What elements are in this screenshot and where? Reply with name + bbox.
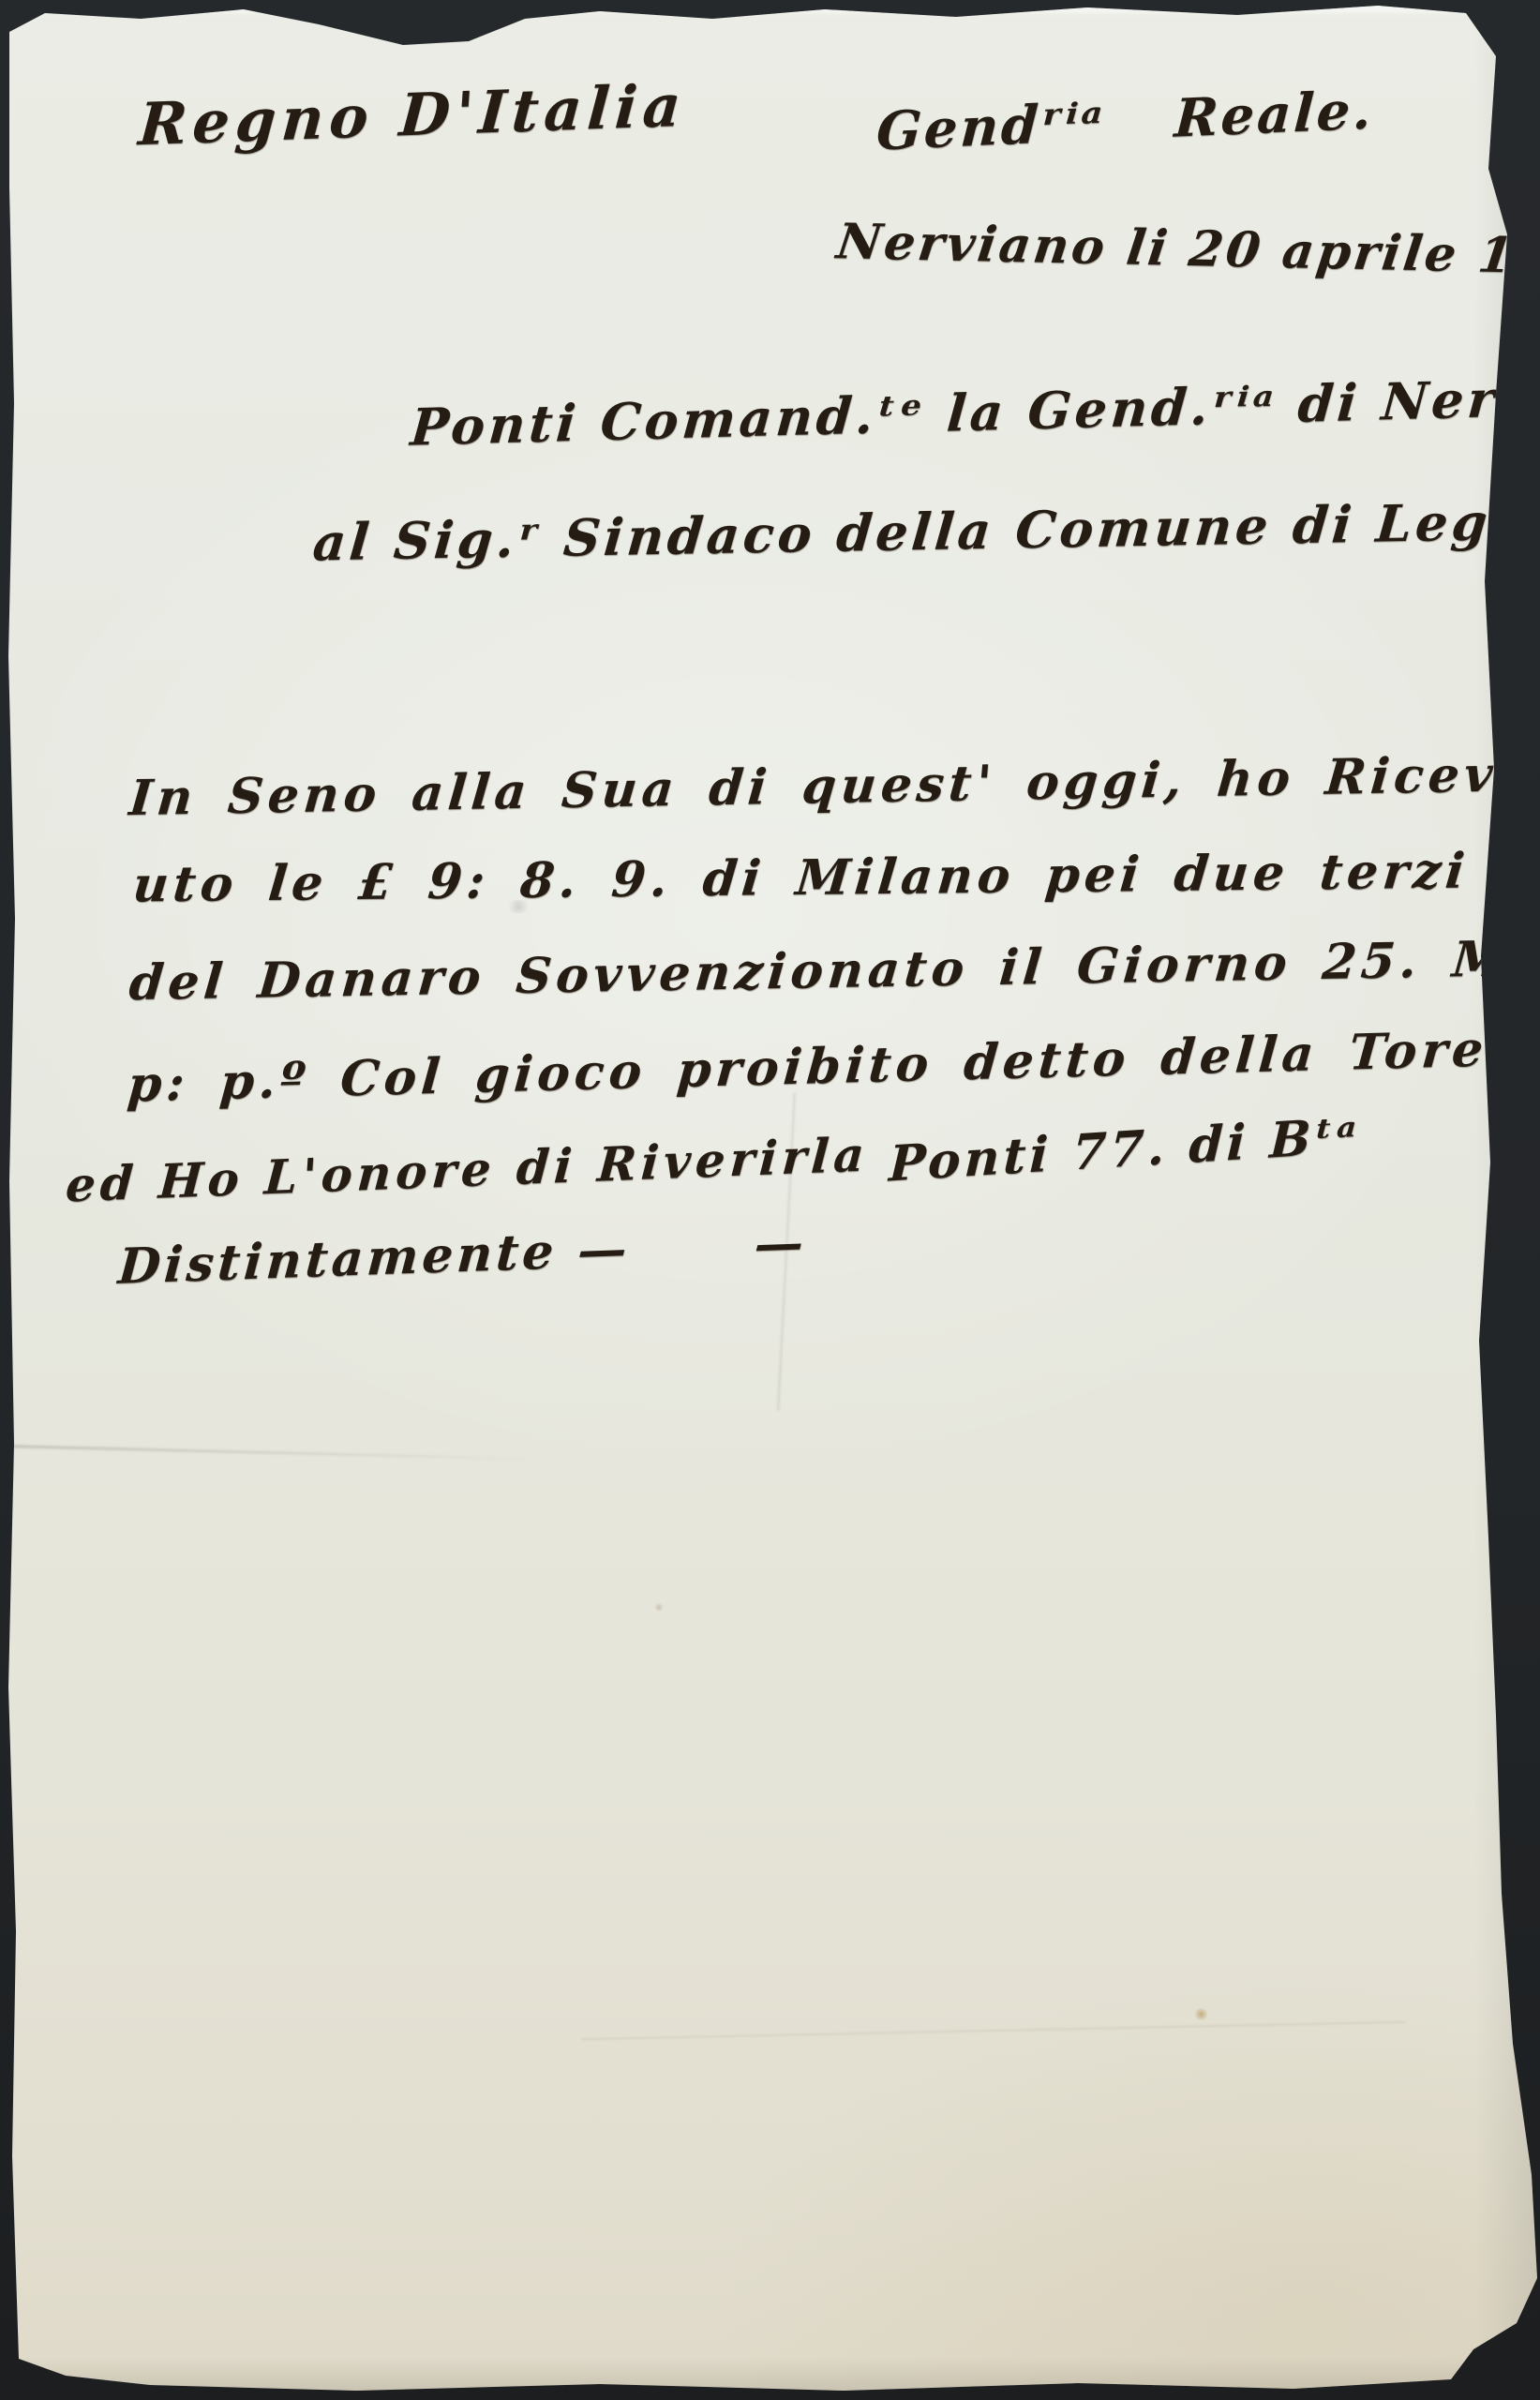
sender-recipient-line-1: Ponti Comand.ᵗᵉ la Gend.ʳⁱᵃ di Nerviano <box>409 364 1540 457</box>
closing-line: Distintamente — — <box>116 1214 809 1296</box>
paper-stain <box>1194 2008 1208 2020</box>
sender-recipient-line-2: al Sig.ʳ Sindaco della Comune di Legnano <box>310 489 1540 573</box>
body-line-5: ed Ho L'onore di Riverirla <box>64 1126 870 1212</box>
paper-edge-shadow-right <box>1474 0 1540 2400</box>
body-line-3: del Danaro Sovvenzionato il Giorno 25. M… <box>127 928 1540 1012</box>
header-gendarmeria-title: Gendʳⁱᵃ Reale. <box>875 79 1376 162</box>
paper-stain <box>654 1603 664 1612</box>
paper-crease <box>581 2021 1406 2040</box>
body-line-4: p: p.º Col gioco proibito detto della To… <box>126 1017 1540 1113</box>
document-page: Regno D'Italia Gendʳⁱᵃ Reale. Nerviano l… <box>0 0 1540 2400</box>
scan-backdrop: Regno D'Italia Gendʳⁱᵃ Reale. Nerviano l… <box>0 0 1540 2400</box>
body-line-2: uto le £ 9: 8. 9. di Milano pei due terz… <box>130 843 1472 914</box>
signature: Ponti 77. di Bᵗᵃ <box>888 1106 1361 1192</box>
paper-edge-shadow-bottom <box>0 2357 1540 2400</box>
place-and-date-line: Nerviano li 20 aprile 1810 <box>833 213 1540 286</box>
header-kingdom-title: Regno D'Italia <box>137 71 689 159</box>
body-line-1: In Seno alla Sua di quest' oggi, ho Rice… <box>127 745 1539 827</box>
paper-crease <box>0 1445 544 1461</box>
